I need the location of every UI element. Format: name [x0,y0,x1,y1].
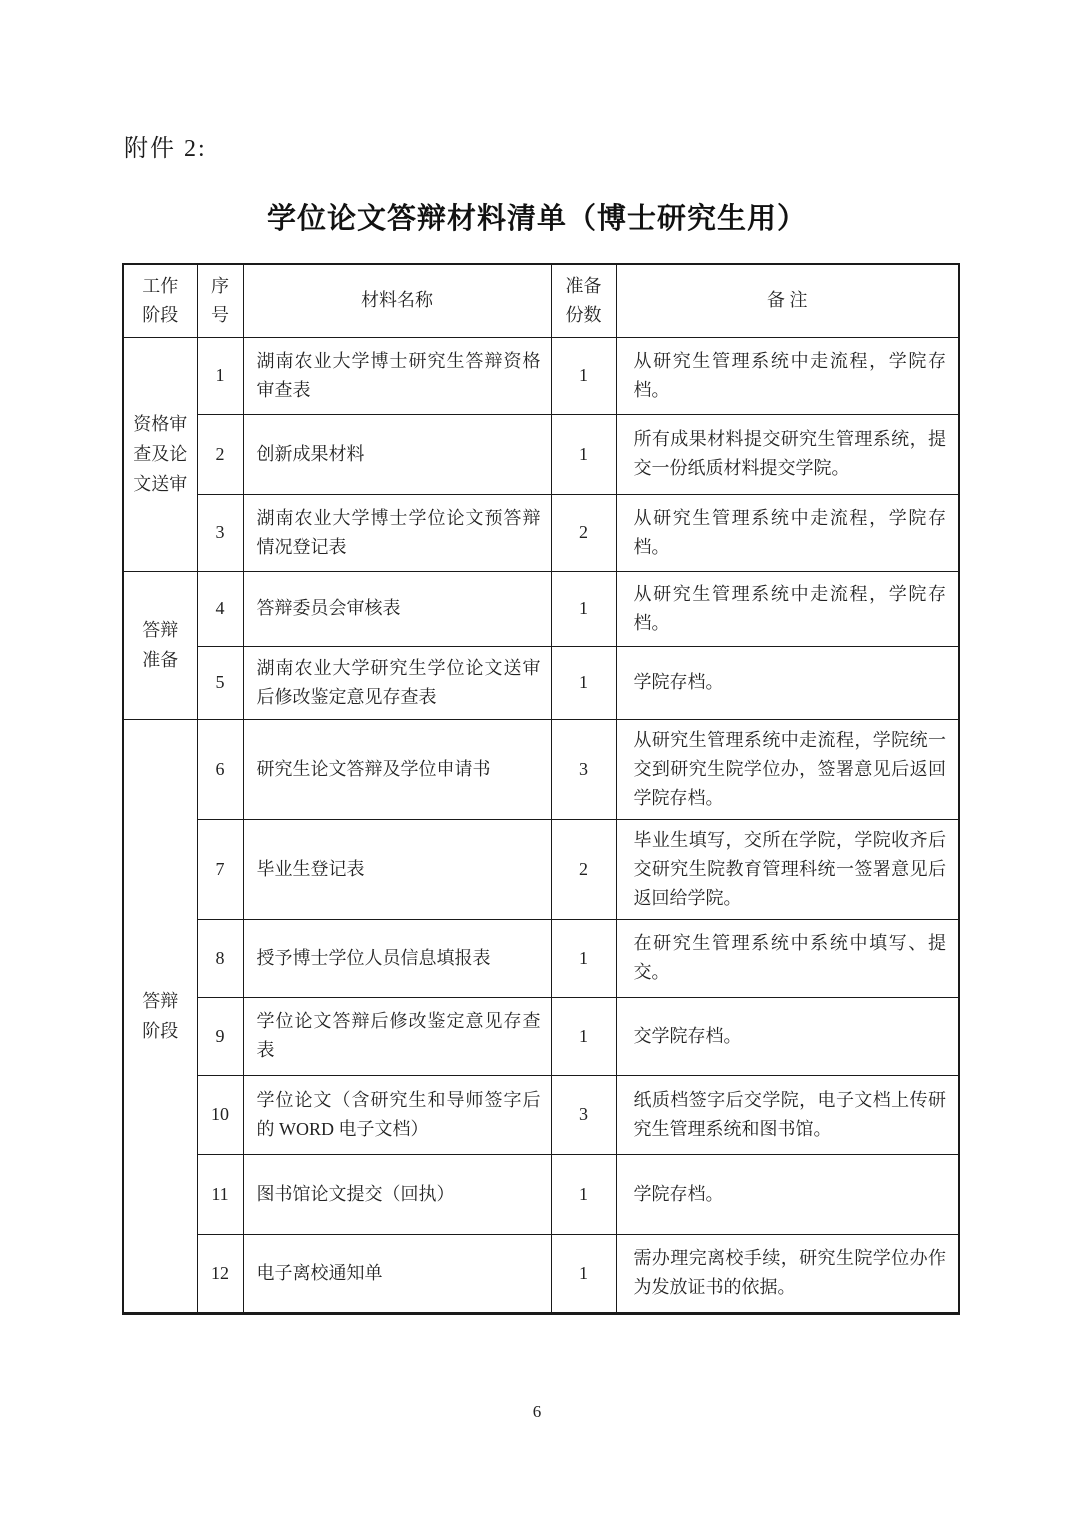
row-number-cell: 10 [197,1075,243,1154]
row-number-cell: 9 [197,997,243,1075]
material-cell: 图书馆论文提交（回执） [243,1154,551,1234]
remark-cell: 从研究生管理系统中走流程，学院存档。 [616,494,959,571]
remark-cell: 毕业生填写，交所在学院，学院收齐后交研究生院教育管理科统一签署意见后返回给学院。 [616,819,959,919]
row-number-cell: 12 [197,1234,243,1313]
attachment-label: 附件 2: [124,128,207,163]
copies-cell: 1 [551,414,616,494]
remark-cell: 所有成果材料提交研究生管理系统，提交一份纸质材料提交学院。 [616,414,959,494]
table-row: 11 图书馆论文提交（回执） 1 学院存档。 [123,1154,959,1234]
material-cell: 创新成果材料 [243,414,551,494]
copies-cell: 3 [551,719,616,819]
stage-cell-qualification: 资格审 查及论 文送审 [123,337,197,571]
header-material: 材料名称 [243,264,551,337]
table-row: 12 电子离校通知单 1 需办理完离校手续，研究生院学位办作为发放证书的依据。 [123,1234,959,1313]
materials-table: 工作 阶段 序 号 材料名称 准备 份数 备 注 资格审 查及论 文送审 1 湖… [122,263,960,1315]
material-cell: 授予博士学位人员信息填报表 [243,919,551,997]
row-number-cell: 5 [197,646,243,719]
table-row: 8 授予博士学位人员信息填报表 1 在研究生管理系统中系统中填写、提交。 [123,919,959,997]
material-cell: 湖南农业大学研究生学位论文送审后修改鉴定意见存查表 [243,646,551,719]
header-remark: 备 注 [616,264,959,337]
copies-cell: 3 [551,1075,616,1154]
remark-cell: 从研究生管理系统中走流程，学院存档。 [616,337,959,414]
copies-cell: 1 [551,1234,616,1313]
material-cell: 毕业生登记表 [243,819,551,919]
document-page: 附件 2: 学位论文答辩材料清单（博士研究生用） 工作 阶段 序 号 材料名称 … [0,0,1074,1520]
copies-cell: 2 [551,494,616,571]
table-header-row: 工作 阶段 序 号 材料名称 准备 份数 备 注 [123,264,959,337]
row-number-cell: 11 [197,1154,243,1234]
copies-cell: 2 [551,819,616,919]
stage-cell-preparation: 答辩 准备 [123,571,197,719]
row-number-cell: 2 [197,414,243,494]
remark-cell: 需办理完离校手续，研究生院学位办作为发放证书的依据。 [616,1234,959,1313]
remark-cell: 从研究生管理系统中走流程，学院存档。 [616,571,959,646]
remark-cell: 学院存档。 [616,1154,959,1234]
remark-cell: 交学院存档。 [616,997,959,1075]
header-stage: 工作 阶段 [123,264,197,337]
row-number-cell: 1 [197,337,243,414]
table-row: 资格审 查及论 文送审 1 湖南农业大学博士研究生答辩资格审查表 1 从研究生管… [123,337,959,414]
page-title: 学位论文答辩材料清单（博士研究生用） [0,196,1074,237]
material-cell: 学位论文（含研究生和导师签字后的 WORD 电子文档） [243,1075,551,1154]
table-row: 答辩 阶段 6 研究生论文答辩及学位申请书 3 从研究生管理系统中走流程，学院统… [123,719,959,819]
row-number-cell: 4 [197,571,243,646]
copies-cell: 1 [551,337,616,414]
row-number-cell: 8 [197,919,243,997]
copies-cell: 1 [551,919,616,997]
page-number: 6 [0,1402,1074,1422]
copies-cell: 1 [551,1154,616,1234]
table-row: 10 学位论文（含研究生和导师签字后的 WORD 电子文档） 3 纸质档签字后交… [123,1075,959,1154]
remark-cell: 从研究生管理系统中走流程，学院统一交到研究生院学位办，签署意见后返回学院存档。 [616,719,959,819]
stage-cell-defense: 答辩 阶段 [123,719,197,1313]
copies-cell: 1 [551,571,616,646]
row-number-cell: 6 [197,719,243,819]
material-cell: 答辩委员会审核表 [243,571,551,646]
remark-cell: 纸质档签字后交学院，电子文档上传研究生管理系统和图书馆。 [616,1075,959,1154]
copies-cell: 1 [551,646,616,719]
table-row: 2 创新成果材料 1 所有成果材料提交研究生管理系统，提交一份纸质材料提交学院。 [123,414,959,494]
material-cell: 学位论文答辩后修改鉴定意见存查表 [243,997,551,1075]
table-row: 3 湖南农业大学博士学位论文预答辩情况登记表 2 从研究生管理系统中走流程，学院… [123,494,959,571]
material-cell: 湖南农业大学博士学位论文预答辩情况登记表 [243,494,551,571]
table-row: 7 毕业生登记表 2 毕业生填写，交所在学院，学院收齐后交研究生院教育管理科统一… [123,819,959,919]
material-cell: 研究生论文答辩及学位申请书 [243,719,551,819]
header-no: 序 号 [197,264,243,337]
table-row: 答辩 准备 4 答辩委员会审核表 1 从研究生管理系统中走流程，学院存档。 [123,571,959,646]
table-row: 5 湖南农业大学研究生学位论文送审后修改鉴定意见存查表 1 学院存档。 [123,646,959,719]
copies-cell: 1 [551,997,616,1075]
material-cell: 电子离校通知单 [243,1234,551,1313]
material-cell: 湖南农业大学博士研究生答辩资格审查表 [243,337,551,414]
remark-cell: 学院存档。 [616,646,959,719]
row-number-cell: 3 [197,494,243,571]
header-copies: 准备 份数 [551,264,616,337]
remark-cell: 在研究生管理系统中系统中填写、提交。 [616,919,959,997]
row-number-cell: 7 [197,819,243,919]
table-row: 9 学位论文答辩后修改鉴定意见存查表 1 交学院存档。 [123,997,959,1075]
